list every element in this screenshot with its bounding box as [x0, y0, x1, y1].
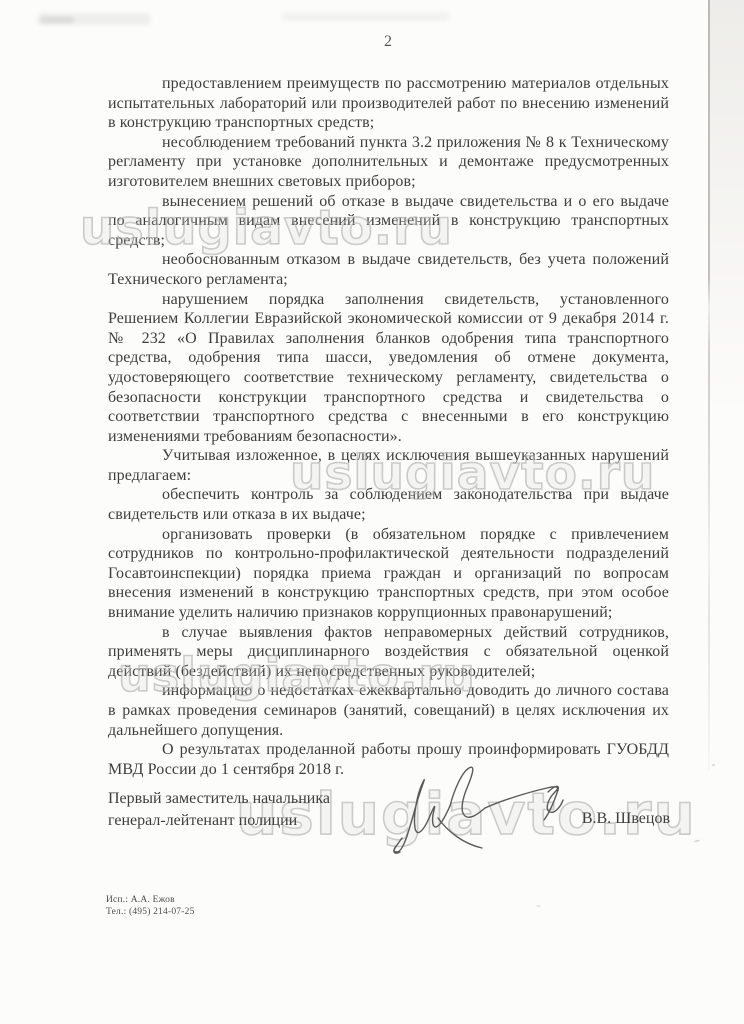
- scan-edge-shadow: [710, 0, 744, 420]
- signer-name: В.В. Швецов: [582, 810, 670, 828]
- scan-speck: [536, 905, 541, 907]
- signer-position: Первый заместитель начальника генерал-ле…: [108, 788, 330, 832]
- footer-block: Исп.: А.А. Ежов Тел.: (495) 214-07-25: [106, 895, 195, 918]
- paragraph: нарушением порядка заполнения свидетельс…: [108, 290, 669, 447]
- scan-smudge: [40, 17, 74, 23]
- paragraph: несоблюдением требований пункта 3.2 прил…: [108, 133, 669, 192]
- phone-line: Тел.: (495) 214-07-25: [106, 907, 195, 919]
- paragraph: обеспечить контроль за соблюдением закон…: [108, 485, 669, 524]
- paragraph: информацию о недостатках ежеквартально д…: [108, 681, 669, 740]
- paragraph: в случае выявления фактов неправомерных …: [108, 623, 669, 682]
- scan-speck: [712, 764, 715, 766]
- page-number: 2: [108, 33, 668, 51]
- paragraph: необоснованным отказом в выдаче свидетел…: [108, 250, 669, 289]
- scanned-letter-page: 2 предоставлением преимуществ по рассмот…: [0, 0, 744, 1024]
- signer-position-line1: Первый заместитель начальника: [108, 788, 330, 810]
- paragraph: организовать проверки (в обязательном по…: [108, 525, 669, 623]
- paragraph: Учитывая изложенное, в целях исключения …: [108, 446, 669, 485]
- handwritten-signature: [388, 756, 578, 856]
- paragraph: предоставлением преимуществ по рассмотре…: [108, 74, 669, 133]
- letter-body: предоставлением преимуществ по рассмотре…: [108, 74, 669, 779]
- paragraph: вынесением решений об отказе в выдаче св…: [108, 192, 669, 251]
- executor-line: Исп.: А.А. Ежов: [106, 895, 195, 907]
- scan-speck: [694, 839, 700, 842]
- scan-smudge: [282, 12, 450, 21]
- signer-position-line2: генерал-лейтенант полиции: [108, 810, 330, 832]
